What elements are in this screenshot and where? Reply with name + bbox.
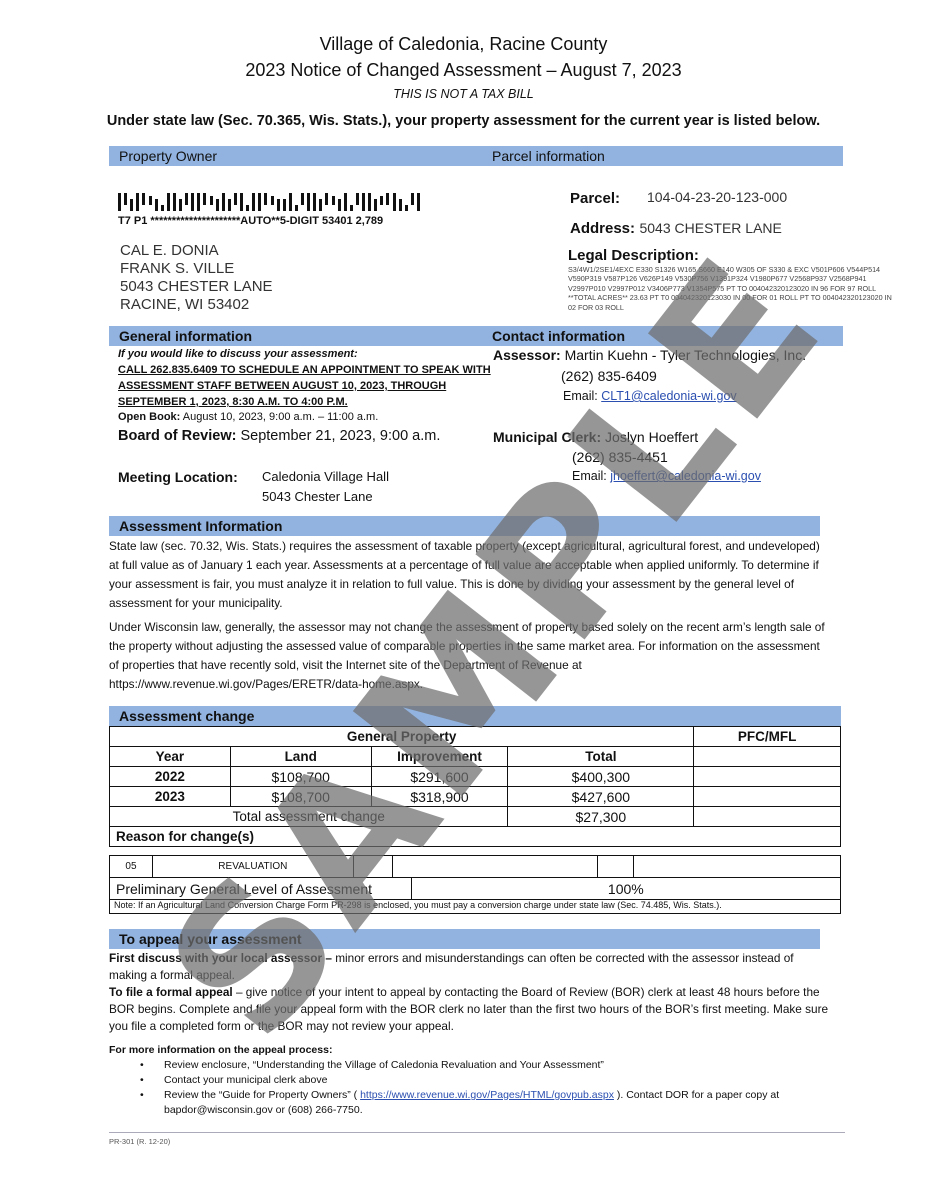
total-value: $427,600 (508, 787, 694, 807)
clerk-email-row: Email: jhoeffert@caledonia-wi.gov (572, 469, 761, 483)
owner-line: 5043 CHESTER LANE (120, 278, 273, 296)
clerk-phone: (262) 835-4451 (572, 449, 668, 465)
column-header-improvement: Improvement (371, 747, 508, 767)
intro-statement: Under state law (Sec. 70.365, Wis. Stats… (0, 113, 927, 129)
table-row: Reason for change(s) (110, 827, 841, 847)
parcel-label: Parcel: (570, 190, 620, 207)
owner-line: FRANK S. VILLE (120, 260, 273, 278)
general-information-heading: General information (119, 328, 252, 344)
appeal-first-discuss: First discuss with your local assessor –… (109, 950, 831, 984)
not-tax-bill-disclaimer: THIS IS NOT A TAX BILL (0, 87, 927, 101)
bullet3-pre: Review the “Guide for Property Owners” ( (164, 1089, 360, 1101)
call-instructions-line-2: ASSESSMENT STAFF BETWEEN AUGUST 10, 2023… (118, 380, 446, 392)
municipality-title: Village of Caledonia, Racine County (0, 34, 927, 55)
owner-line: CAL E. DONIA (120, 242, 273, 260)
list-item: Contact your municipal clerk above (140, 1073, 830, 1088)
total-change-value: $27,300 (508, 807, 694, 827)
assessment-change-bar: Assessment change (109, 706, 841, 726)
list-item: Review the “Guide for Property Owners” (… (140, 1088, 830, 1118)
guide-link[interactable]: https://www.revenue.wi.gov/Pages/HTML/go… (360, 1089, 614, 1101)
reason-code-empty (598, 856, 634, 878)
table-row: 2022 $108,700 $291,600 $400,300 (110, 767, 841, 787)
table-row: General Property PFC/MFL (110, 727, 841, 747)
pfc-cell (694, 787, 841, 807)
open-book-value: August 10, 2023, 9:00 a.m. – 11:00 a.m. (183, 411, 378, 423)
table-row: Year Land Improvement Total (110, 747, 841, 767)
table-row: 2023 $108,700 $318,900 $427,600 (110, 787, 841, 807)
reason-for-change-label: Reason for change(s) (110, 827, 841, 847)
total-change-label: Total assessment change (110, 807, 508, 827)
improvement-value: $291,600 (371, 767, 508, 787)
assessor-label: Assessor: (493, 347, 561, 363)
clerk-name: Joslyn Hoeffert (605, 429, 698, 445)
notice-title: 2023 Notice of Changed Assessment – Augu… (0, 60, 927, 81)
parcel-address-row: Address: 5043 CHESTER LANE (570, 220, 782, 238)
assessor-email-row: Email: CLT1@caledonia-wi.gov (563, 389, 737, 403)
footer-divider (109, 1132, 845, 1133)
form-id: PR-301 (R. 12-20) (109, 1137, 170, 1146)
legal-description-label: Legal Description: (568, 247, 699, 264)
total-value: $400,300 (508, 767, 694, 787)
parcel-number: 104-04-23-20-123-000 (647, 189, 787, 205)
general-property-header: General Property (110, 727, 694, 747)
first-discuss-label: First discuss with your local assessor – (109, 951, 332, 965)
clerk-label: Municipal Clerk: (493, 429, 601, 445)
table-row: Total assessment change $27,300 (110, 807, 841, 827)
open-book-label: Open Book: (118, 411, 180, 423)
meeting-location-line-2: 5043 Chester Lane (262, 489, 373, 504)
formal-appeal-label: To file a formal appeal (109, 985, 233, 999)
legal-description: S3/4W1/2SE1/4EXC E330 S1326 W165 S660 E1… (568, 265, 898, 312)
year-cell: 2023 (110, 787, 231, 807)
general-contact-section-bar: General information Contact information (109, 326, 843, 346)
clerk-row: Municipal Clerk: Joslyn Hoeffert (493, 429, 698, 445)
call-instructions-line-3: SEPTEMBER 1, 2023, 8:30 A.M. TO 4:00 P.M… (118, 396, 348, 408)
email-label: Email: (572, 469, 607, 483)
general-level-value: 100% (411, 878, 840, 900)
discuss-heading: If you would like to discuss your assess… (118, 348, 358, 360)
assessor-row: Assessor: Martin Kuehn - Tyler Technolog… (493, 347, 806, 363)
address-label: Address: (570, 220, 635, 237)
assessment-info-paragraph-1: State law (sec. 70.32, Wis. Stats.) requ… (109, 537, 831, 613)
contact-information-heading: Contact information (492, 328, 625, 344)
parcel-number-row: Parcel: 104-04-23-20-123-000 (570, 190, 620, 208)
column-header-year: Year (110, 747, 231, 767)
email-label: Email: (563, 389, 598, 403)
reason-code-empty (353, 856, 392, 878)
column-header-total: Total (508, 747, 694, 767)
assessor-email-link[interactable]: CLT1@caledonia-wi.gov (601, 389, 736, 403)
general-level-table: Preliminary General Level of Assessment … (109, 877, 841, 900)
column-header-land: Land (230, 747, 371, 767)
owner-parcel-section-bar: Property Owner Parcel information (109, 146, 843, 166)
pfc-cell (694, 807, 841, 827)
assessment-information-heading: Assessment Information (119, 518, 282, 534)
conversion-charge-note: Note: If an Agricultural Land Conversion… (109, 899, 841, 914)
reason-code: 05 (110, 856, 153, 878)
open-book-row: Open Book: August 10, 2023, 9:00 a.m. – … (118, 411, 378, 423)
appeal-heading: To appeal your assessment (119, 931, 302, 947)
assessment-change-table: General Property PFC/MFL Year Land Impro… (109, 726, 841, 847)
board-of-review-row: Board of Review: September 21, 2023, 9:0… (118, 428, 440, 444)
assessor-phone: (262) 835-6409 (561, 368, 657, 384)
land-value: $108,700 (230, 787, 371, 807)
mail-sort-line: T7 P1 *********************AUTO**5-DIGIT… (118, 215, 383, 227)
table-row: 05 REVALUATION (110, 856, 841, 878)
improvement-value: $318,900 (371, 787, 508, 807)
owner-line: RACINE, WI 53402 (120, 296, 273, 314)
pfc-cell (694, 767, 841, 787)
board-of-review-label: Board of Review: (118, 428, 236, 444)
assessor-name: Martin Kuehn - Tyler Technologies, Inc. (565, 347, 807, 363)
appeal-formal: To file a formal appeal – give notice of… (109, 984, 831, 1035)
parcel-information-heading: Parcel information (492, 148, 605, 164)
reason-text-empty (392, 856, 598, 878)
assessment-change-heading: Assessment change (119, 708, 254, 724)
clerk-email-link[interactable]: jhoeffert@caledonia-wi.gov (610, 469, 761, 483)
assessment-notice-page: Village of Caledonia, Racine County 2023… (0, 0, 927, 1200)
meeting-location-label: Meeting Location: (118, 469, 238, 485)
land-value: $108,700 (230, 767, 371, 787)
table-row: Preliminary General Level of Assessment … (110, 878, 841, 900)
call-instructions-line-1: CALL 262.835.6409 TO SCHEDULE AN APPOINT… (118, 364, 491, 376)
parcel-address: 5043 CHESTER LANE (639, 220, 781, 236)
property-owner-heading: Property Owner (119, 148, 217, 164)
assessment-information-bar: Assessment Information (109, 516, 820, 536)
assessment-info-paragraph-2: Under Wisconsin law, generally, the asse… (109, 618, 831, 694)
reason-text: REVALUATION (152, 856, 353, 878)
appeal-bar: To appeal your assessment (109, 929, 820, 949)
owner-address-block: CAL E. DONIA FRANK S. VILLE 5043 CHESTER… (120, 242, 273, 314)
reason-codes-table: 05 REVALUATION (109, 855, 841, 878)
more-info-list: Review enclosure, “Understanding the Vil… (140, 1058, 830, 1118)
list-item: Review enclosure, “Understanding the Vil… (140, 1058, 830, 1073)
board-of-review-value: September 21, 2023, 9:00 a.m. (240, 428, 440, 444)
reason-text-empty (634, 856, 841, 878)
year-cell: 2022 (110, 767, 231, 787)
pfc-cell (694, 747, 841, 767)
pfc-mfl-header: PFC/MFL (694, 727, 841, 747)
meeting-location-line-1: Caledonia Village Hall (262, 469, 389, 484)
general-level-label: Preliminary General Level of Assessment (110, 878, 412, 900)
postal-barcode (118, 193, 426, 211)
